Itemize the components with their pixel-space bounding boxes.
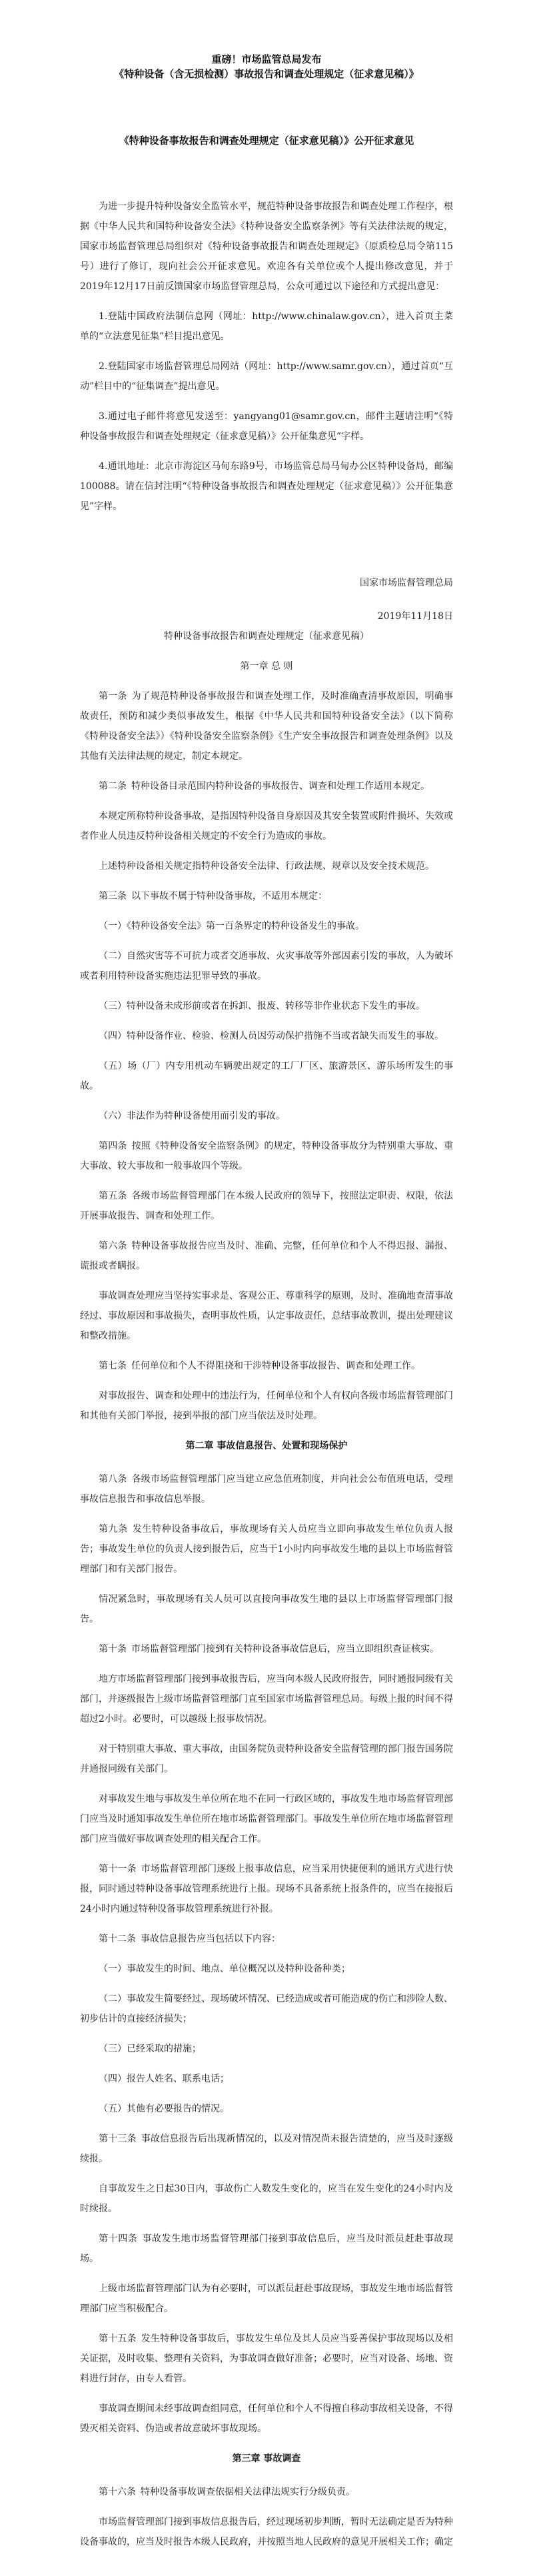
article-text: 发生特种设备事故后，事故现场有关人员应当立即向事故发生单位负责人报告；事故发生单… — [80, 1524, 453, 1575]
article-number: 第十五条 — [99, 2333, 137, 2344]
issue-date: 2019年11月18日 — [80, 606, 453, 626]
article-paragraph: 第十条市场监督管理部门接到有关特种设备事故信息后，应当立即组织查证核实。 — [80, 1639, 453, 1659]
article-paragraph: （五）场（厂）内专用机动车辆驶出规定的工厂厂区、旅游景区、游乐场所发生的事故。 — [80, 1056, 453, 1096]
article-number: 第七条 — [99, 1361, 127, 1371]
article-paragraph: 第九条发生特种设备事故后，事故现场有关人员应当立即向事故发生单位负责人报告；事故… — [80, 1519, 453, 1579]
headline-line-1: 重磅！市场监管总局发布 — [80, 52, 453, 66]
issuing-agency: 国家市场监督管理总局 — [80, 573, 453, 593]
notice-way-4: 4.通讯地址：北京市海淀区马甸东路9号，市场监管总局马甸办公区特种设备局，邮编1… — [80, 456, 453, 516]
article-paragraph: 对事故发生地与事故发生单位所在地不在同一行政区域的，事故发生地市场监督管理部门应… — [80, 1789, 453, 1849]
article-text: 市场监督管理部门接到有关特种设备事故信息后，应当立即组织查证核实。 — [131, 1644, 439, 1654]
article-paragraph: 第十三条事故信息报告后出现新情况的，以及对情况尚未报告清楚的，应当及时逐级续报。 — [80, 2129, 453, 2169]
article-text: 事故调查期间未经事故调查组同意，任何单位和个人不得擅自移动事故相关设备，不得毁灭… — [80, 2403, 453, 2434]
article-paragraph: 第十六条特种设备事故调查依据相关法律法规实行分级负责。 — [80, 2482, 453, 2502]
chapter-3-title: 第三章 事故调查 — [80, 2449, 453, 2469]
article-text: 特种设备事故调查依据相关法律法规实行分级负责。 — [141, 2487, 355, 2497]
article-paragraph: 第五条各级市场监督管理部门在本级人民政府的领导下，按照法定职责、权限，依法开展事… — [80, 1186, 453, 1226]
article-number: 第五条 — [99, 1191, 127, 1201]
article-text: 上级市场监督管理部门认为有必要时，可以派员赶赴事故现场，事故发生地市场监督管理部… — [80, 2283, 453, 2314]
article-paragraph: 上述特种设备相关规定指特种设备安全法律、行政法规、规章以及安全技术规范。 — [80, 856, 453, 876]
article-number: 第十一条 — [99, 1864, 137, 1874]
article-number: 第九条 — [99, 1524, 128, 1535]
article-paragraph: 对事故报告、调查和处理中的违法行为，任何单位和个人有权向各级市场监督管理部门和其… — [80, 1386, 453, 1426]
chapter-2-title: 第二章 事故信息报告、处置和现场保护 — [80, 1436, 453, 1456]
article-paragraph: 第六条特种设备事故报告应当及时、准确、完整，任何单位和个人不得迟报、漏报、谎报或… — [80, 1236, 453, 1276]
article-text: 本规定所称特种设备事故，是指因特种设备自身原因及其安全装置或附件损坏、失效或者作… — [80, 811, 453, 842]
article-paragraph: 自事故发生之日起30日内，事故伤亡人数发生变化的，应当在发生变化的24小时内及时… — [80, 2179, 453, 2219]
article-paragraph: 事故调查期间未经事故调查组同意，任何单位和个人不得擅自移动事故相关设备，不得毁灭… — [80, 2399, 453, 2439]
article-paragraph: （一）《特种设备安全法》第一百条界定的特种设备发生的事故。 — [80, 916, 453, 936]
article-paragraph: （三）已经采取的措施； — [80, 2039, 453, 2059]
article-paragraph: （六）非法作为特种设备使用而引发的事故。 — [80, 1106, 453, 1126]
article-paragraph: 市场监督管理部门接到事故信息报告后，经过现场初步判断，暂时无法确定是否为特种设备… — [80, 2512, 453, 2552]
article-paragraph: 第七条任何单位和个人不得阻挠和干涉特种设备事故报告、调查和处理工作。 — [80, 1356, 453, 1376]
article-text: （四）报告人姓名、联系电话； — [99, 2074, 229, 2084]
article-text: 事故信息报告应当包括以下内容： — [141, 1934, 280, 1944]
article-text: 上述特种设备相关规定指特种设备安全法律、行政法规、规章以及安全技术规范。 — [99, 861, 434, 872]
article-number: 第十六条 — [99, 2487, 136, 2497]
article-number: 第六条 — [99, 1241, 127, 1251]
article-text: 各级市场监督管理部门应当建立应急值班制度，并向社会公布值班电话，受理事故信息报告… — [80, 1474, 453, 1505]
article-text: （四）特种设备作业、检验、检测人员因劳动保护措施不当或者缺失而发生的事故。 — [99, 1031, 444, 1041]
chapter-3-body: 第十六条特种设备事故调查依据相关法律法规实行分级负责。市场监督管理部门接到事故信… — [80, 2482, 453, 2552]
article-text: （六）非法作为特种设备使用而引发的事故。 — [99, 1111, 285, 1121]
chapter-1-title: 第一章 总 则 — [80, 656, 453, 676]
article-text: （五）其他有必要报告的情况。 — [99, 2104, 229, 2114]
article-number: 第十四条 — [99, 2234, 137, 2244]
article-paragraph: 第十五条发生特种设备事故后，事故发生单位及其人员应当妥善保护事故现场以及相关证据… — [80, 2329, 453, 2389]
article-paragraph: 第十二条事故信息报告应当包括以下内容： — [80, 1929, 453, 1949]
article-paragraph: （二）自然灾害等不可抗力或者交通事故、火灾事故等外部因素引发的事故，人为破坏或者… — [80, 946, 453, 986]
headline-line-2: 《特种设备（含无损检测）事故报告和调查处理规定（征求意见稿）》 — [80, 67, 453, 81]
article-number: 第十三条 — [99, 2134, 137, 2144]
article-paragraph: 第八条各级市场监督管理部门应当建立应急值班制度，并向社会公布值班电话，受理事故信… — [80, 1469, 453, 1509]
notice-title: 《特种设备事故报告和调查处理规定（征求意见稿）》公开征求意见 — [80, 133, 453, 147]
article-paragraph: 第一条为了规范特种设备事故报告和调查处理工作，及时准确查清事故原因，明确事故责任… — [80, 686, 453, 766]
article-paragraph: 第三条以下事故不属于特种设备事故，不适用本规定： — [80, 886, 453, 906]
article-paragraph: 第四条按照《特种设备安全监察条例》的规定，特种设备事故分为特别重大事故、重大事故… — [80, 1136, 453, 1176]
article-paragraph: 情况紧急时，事故现场有关人员可以直接向事故发生地的县以上市场监督管理部门报告。 — [80, 1589, 453, 1629]
document-body: 为进一步提升特种设备安全监管水平，规范特种设备事故报告和调查处理工作程序，根据《… — [80, 197, 453, 2562]
article-text: 事故调查处理应当坚持实事求是、客观公正、尊重科学的原则，及时、准确地查清事故经过… — [80, 1291, 453, 1341]
article-text: （二）事故发生简要经过、现场破坏情况、已经造成或者可能造成的伤亡和涉险人数、初步… — [80, 1994, 453, 2024]
article-text: （一）事故发生的时间、地点、单位概况以及特种设备种类； — [99, 1964, 350, 1974]
article-text: 以下事故不属于特种设备事故，不适用本规定： — [131, 891, 327, 902]
article-text: 按照《特种设备安全监察条例》的规定，特种设备事故分为特别重大事故、重大事故、较大… — [80, 1141, 453, 1171]
notice-way-1: 1.登陆中国政府法制信息网（网址：http://www.chinalaw.gov… — [80, 307, 453, 346]
article-paragraph: 事故调查处理应当坚持实事求是、客观公正、尊重科学的原则，及时、准确地查清事故经过… — [80, 1286, 453, 1346]
article-paragraph: 第二条特种设备目录范围内特种设备的事故报告、调查和处理工作适用本规定。 — [80, 776, 453, 796]
article-text: （三）已经采取的措施； — [99, 2044, 201, 2054]
article-number: 第四条 — [99, 1141, 127, 1151]
article-text: 地方市场监督管理部门接到事故报告后，应当向本级人民政府报告，同时通报同级有关部门… — [80, 1674, 453, 1724]
article-paragraph: （三）特种设备未成形前或者在拆卸、报废、转移等非作业状态下发生的事故。 — [80, 996, 453, 1016]
article-paragraph: （一）事故发生的时间、地点、单位概况以及特种设备种类； — [80, 1959, 453, 1979]
article-paragraph: 第十一条市场监督管理部门逐级上报事故信息，应当采用快捷便利的通讯方式进行快报，同… — [80, 1859, 453, 1919]
notice-way-3: 3.通过电子邮件将意见发送至：yangyang01@samr.gov.cn，邮件… — [80, 406, 453, 446]
article-text: 市场监督管理部门接到事故信息报告后，经过现场初步判断，暂时无法确定是否为特种设备… — [80, 2517, 453, 2547]
article-paragraph: 第十四条事故发生地市场监督管理部门接到事故信息后，应当及时派员赶赴事故现场。 — [80, 2229, 453, 2269]
article-text: 为了规范特种设备事故报告和调查处理工作，及时准确查清事故原因，明确事故责任，预防… — [80, 691, 453, 762]
article-paragraph: （四）报告人姓名、联系电话； — [80, 2069, 453, 2089]
article-paragraph: 本规定所称特种设备事故，是指因特种设备自身原因及其安全装置或附件损坏、失效或者作… — [80, 806, 453, 846]
article-paragraph: （四）特种设备作业、检验、检测人员因劳动保护措施不当或者缺失而发生的事故。 — [80, 1026, 453, 1046]
article-paragraph: 对于特别重大事故、重大事故，由国务院负责特种设备安全监督管理的部门报告国务院并通… — [80, 1739, 453, 1779]
article-number: 第十二条 — [99, 1934, 136, 1944]
article-number: 第三条 — [99, 891, 127, 902]
article-paragraph: 上级市场监督管理部门认为有必要时，可以派员赶赴事故现场，事故发生地市场监督管理部… — [80, 2279, 453, 2319]
article-text: （五）场（厂）内专用机动车辆驶出规定的工厂厂区、旅游景区、游乐场所发生的事故。 — [80, 1061, 453, 1091]
article-paragraph: （五）其他有必要报告的情况。 — [80, 2099, 453, 2119]
article-number: 第十条 — [99, 1644, 127, 1654]
article-text: 各级市场监督管理部门在本级人民政府的领导下，按照法定职责、权限，依法开展事故报告… — [80, 1191, 453, 1221]
article-text: 自事故发生之日起30日内，事故伤亡人数发生变化的，应当在发生变化的24小时内及时… — [80, 2184, 453, 2214]
regulation-title: 特种设备事故报告和调查处理规定（征求意见稿） — [80, 626, 453, 646]
article-text: 任何单位和个人不得阻挠和干涉特种设备事故报告、调查和处理工作。 — [131, 1361, 420, 1371]
article-text: 特种设备事故报告应当及时、准确、完整，任何单位和个人不得迟报、漏报、谎报或者瞒报… — [80, 1241, 453, 1271]
chapter-1-body: 第一条为了规范特种设备事故报告和调查处理工作，及时准确查清事故原因，明确事故责任… — [80, 686, 453, 1426]
article-paragraph: （二）事故发生简要经过、现场破坏情况、已经造成或者可能造成的伤亡和涉险人数、初步… — [80, 1989, 453, 2029]
article-text: 对事故报告、调查和处理中的违法行为，任何单位和个人有权向各级市场监督管理部门和其… — [80, 1391, 453, 1421]
notice-way-2: 2.登陆国家市场监督管理总局网站（网址：http://www.samr.gov.… — [80, 356, 453, 396]
article-text: 对事故发生地与事故发生单位所在地不在同一行政区域的，事故发生地市场监督管理部门应… — [80, 1794, 453, 1844]
article-text: （二）自然灾害等不可抗力或者交通事故、火灾事故等外部因素引发的事故，人为破坏或者… — [80, 951, 453, 981]
article-number: 第二条 — [99, 781, 127, 792]
article-number: 第八条 — [99, 1474, 127, 1485]
notice-intro: 为进一步提升特种设备安全监管水平，规范特种设备事故报告和调查处理工作程序，根据《… — [80, 197, 453, 297]
article-text: 特种设备目录范围内特种设备的事故报告、调查和处理工作适用本规定。 — [131, 781, 430, 792]
article-text: （三）特种设备未成形前或者在拆卸、报废、转移等非作业状态下发生的事故。 — [99, 1001, 425, 1011]
article-number: 第一条 — [99, 691, 127, 702]
article-text: 对于特别重大事故、重大事故，由国务院负责特种设备安全监督管理的部门报告国务院并通… — [80, 1744, 453, 1774]
chapter-2-body: 第八条各级市场监督管理部门应当建立应急值班制度，并向社会公布值班电话，受理事故信… — [80, 1469, 453, 2439]
article-paragraph: 地方市场监督管理部门接到事故报告后，应当向本级人民政府报告，同时通报同级有关部门… — [80, 1669, 453, 1729]
article-text: （一）《特种设备安全法》第一百条界定的特种设备发生的事故。 — [99, 921, 364, 932]
article-text: 情况紧急时，事故现场有关人员可以直接向事故发生地的县以上市场监督管理部门报告。 — [80, 1594, 453, 1624]
